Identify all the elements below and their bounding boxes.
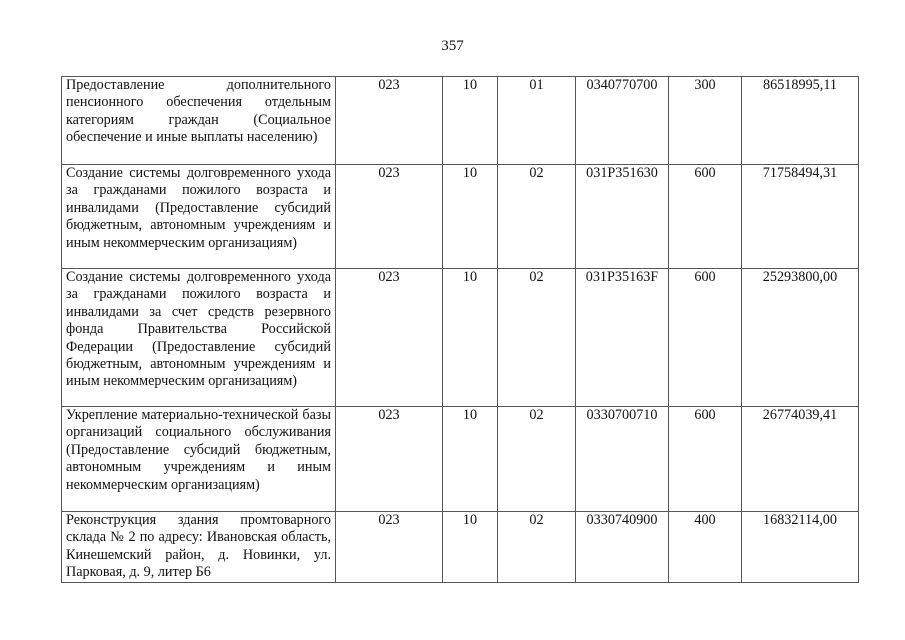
row-subsection: 02 (498, 407, 576, 512)
row-amount: 16832114,00 (742, 512, 859, 583)
row-section: 10 (443, 407, 498, 512)
row-description: Создание системы долговременного ухода з… (62, 165, 336, 269)
row-section: 10 (443, 269, 498, 407)
row-target-article: 0340770700 (576, 77, 669, 165)
table-row: Создание системы долговременного ухода з… (62, 165, 859, 269)
row-ministry-code: 023 (336, 407, 443, 512)
row-subsection: 02 (498, 512, 576, 583)
row-expense-type: 400 (669, 512, 742, 583)
row-target-article: 031P351630 (576, 165, 669, 269)
row-amount: 71758494,31 (742, 165, 859, 269)
row-ministry-code: 023 (336, 269, 443, 407)
table-row: Реконструкция здания промтоварного склад… (62, 512, 859, 583)
row-ministry-code: 023 (336, 77, 443, 165)
row-amount: 25293800,00 (742, 269, 859, 407)
row-expense-type: 300 (669, 77, 742, 165)
table-row: Создание системы долговременного ухода з… (62, 269, 859, 407)
row-description: Предоставление дополнительного пенсионно… (62, 77, 336, 165)
row-target-article: 0330740900 (576, 512, 669, 583)
row-expense-type: 600 (669, 269, 742, 407)
budget-table: Предоставление дополнительного пенсионно… (61, 76, 859, 583)
row-subsection: 02 (498, 165, 576, 269)
row-subsection: 01 (498, 77, 576, 165)
row-expense-type: 600 (669, 165, 742, 269)
row-ministry-code: 023 (336, 512, 443, 583)
row-section: 10 (443, 512, 498, 583)
row-description: Реконструкция здания промтоварного склад… (62, 512, 336, 583)
table-row: Укрепление материально-технической базы … (62, 407, 859, 512)
table-row: Предоставление дополнительного пенсионно… (62, 77, 859, 165)
row-ministry-code: 023 (336, 165, 443, 269)
row-amount: 26774039,41 (742, 407, 859, 512)
row-target-article: 0330700710 (576, 407, 669, 512)
row-subsection: 02 (498, 269, 576, 407)
row-target-article: 031P35163F (576, 269, 669, 407)
page-number: 357 (0, 38, 905, 55)
row-section: 10 (443, 77, 498, 165)
row-description: Создание системы долговременного ухода з… (62, 269, 336, 407)
row-description: Укрепление материально-технической базы … (62, 407, 336, 512)
row-section: 10 (443, 165, 498, 269)
row-expense-type: 600 (669, 407, 742, 512)
row-amount: 86518995,11 (742, 77, 859, 165)
